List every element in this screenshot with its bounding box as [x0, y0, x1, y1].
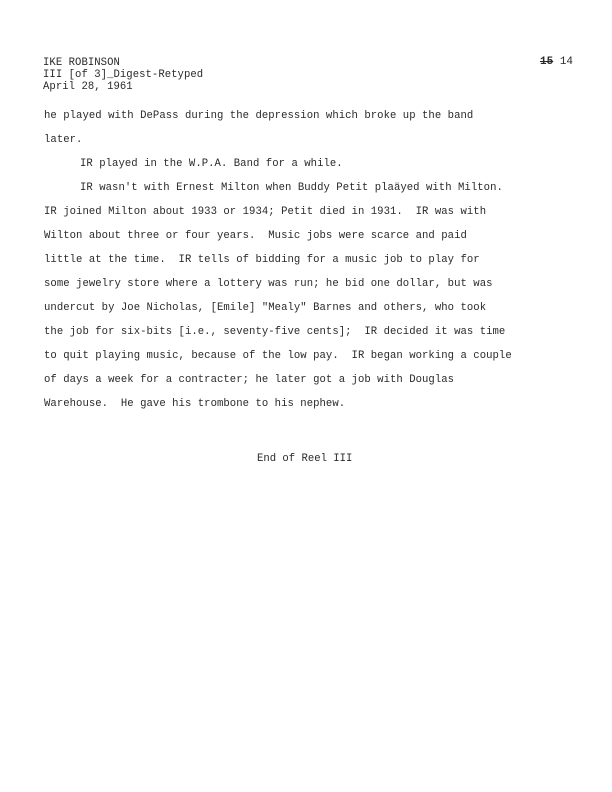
- body-line: IR played in the W.P.A. Band for a while…: [44, 152, 512, 176]
- body-line: later.: [44, 128, 512, 152]
- document-body: he played with DePass during the depress…: [44, 104, 512, 416]
- body-line: IR joined Milton about 1933 or 1934; Pet…: [44, 200, 512, 224]
- body-line: to quit playing music, because of the lo…: [44, 344, 512, 368]
- body-line: some jewelry store where a lottery was r…: [44, 272, 512, 296]
- interviewee-name: IKE ROBINSON: [43, 57, 203, 69]
- interview-date: April 28, 1961: [43, 81, 203, 93]
- body-line: undercut by Joe Nicholas, [Emile] "Mealy…: [44, 296, 512, 320]
- current-page-number: 14: [560, 56, 573, 68]
- page-number: 15 14: [540, 56, 573, 68]
- body-line: of days a week for a contracter; he late…: [44, 368, 512, 392]
- document-page: IKE ROBINSON III [of 3]_Digest-Retyped A…: [0, 0, 612, 792]
- body-line: IR wasn't with Ernest Milton when Buddy …: [44, 176, 512, 200]
- body-line: the job for six-bits [i.e., seventy-five…: [44, 320, 512, 344]
- document-header: IKE ROBINSON III [of 3]_Digest-Retyped A…: [43, 57, 203, 93]
- reel-label: III [of 3]_Digest-Retyped: [43, 69, 203, 81]
- body-line: Warehouse. He gave his trombone to his n…: [44, 392, 512, 416]
- struck-page-number: 15: [540, 56, 553, 68]
- end-of-reel-note: End of Reel III: [257, 453, 352, 465]
- body-line: he played with DePass during the depress…: [44, 104, 512, 128]
- body-line: Wilton about three or four years. Music …: [44, 224, 512, 248]
- body-line: little at the time. IR tells of bidding …: [44, 248, 512, 272]
